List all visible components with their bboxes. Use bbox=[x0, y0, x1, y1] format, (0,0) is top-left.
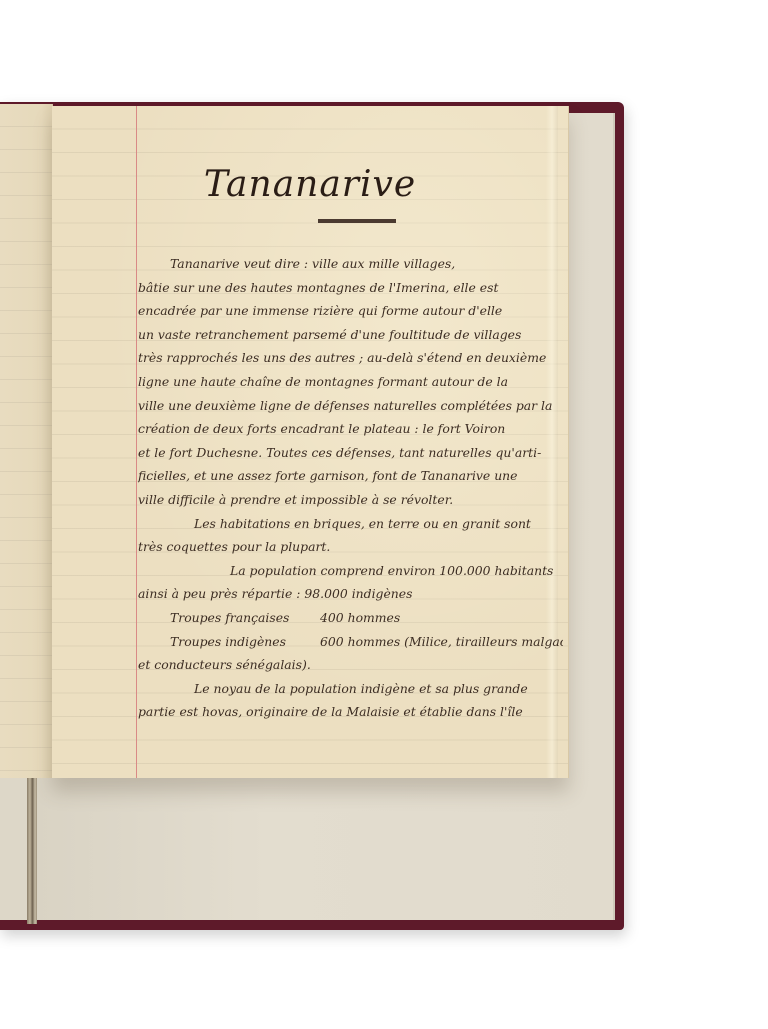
spine-gutter bbox=[27, 778, 37, 924]
left-endpaper bbox=[0, 778, 30, 920]
page-title: Tananarive bbox=[52, 164, 568, 205]
handwritten-page: Tananarive Tananarive veut dire : ville … bbox=[52, 106, 569, 778]
troops-row-french: Troupes françaises400 hommes bbox=[138, 606, 563, 630]
margin-rule bbox=[136, 106, 137, 778]
troops-value: 600 hommes (Milice, tirailleurs malgache… bbox=[320, 634, 563, 649]
text-line: ville difficile à prendre et impossible … bbox=[138, 488, 563, 512]
text-line: Les habitations en briques, en terre ou … bbox=[138, 512, 563, 536]
text-line: ainsi à peu près répartie : 98.000 indig… bbox=[138, 582, 563, 606]
text-line: très rapprochés les uns des autres ; au-… bbox=[138, 346, 563, 370]
text-line: et conducteurs sénégalais). bbox=[138, 653, 563, 677]
text-line: Le noyau de la population indigène et sa… bbox=[138, 677, 563, 701]
text-line: ficielles, et une assez forte garnison, … bbox=[138, 464, 563, 488]
text-line: partie est hovas, originaire de la Malai… bbox=[138, 700, 563, 724]
troops-row-indigenous: Troupes indigènes600 hommes (Milice, tir… bbox=[138, 630, 563, 654]
text-line: un vaste retranchement parsemé d'une fou… bbox=[138, 323, 563, 347]
text-line: bâtie sur une des hautes montagnes de l'… bbox=[138, 276, 563, 300]
left-page bbox=[0, 104, 53, 778]
troops-label: Troupes indigènes bbox=[170, 630, 320, 654]
text-line: ligne une haute chaîne de montagnes form… bbox=[138, 370, 563, 394]
text-line: La population comprend environ 100.000 h… bbox=[138, 559, 563, 583]
text-line: création de deux forts encadrant le plat… bbox=[138, 417, 563, 441]
troops-value: 400 hommes bbox=[320, 610, 400, 625]
photo-stage: Tananarive Tananarive veut dire : ville … bbox=[0, 0, 768, 1029]
title-underline bbox=[318, 219, 396, 223]
text-line: encadrée par une immense rizière qui for… bbox=[138, 299, 563, 323]
text-line: très coquettes pour la plupart. bbox=[138, 535, 563, 559]
body-text: Tananarive veut dire : ville aux mille v… bbox=[138, 252, 563, 724]
text-line: ville une deuxième ligne de défenses nat… bbox=[138, 394, 563, 418]
text-line: et le fort Duchesne. Toutes ces défenses… bbox=[138, 441, 563, 465]
text-line: Tananarive veut dire : ville aux mille v… bbox=[138, 252, 563, 276]
troops-label: Troupes françaises bbox=[170, 606, 320, 630]
